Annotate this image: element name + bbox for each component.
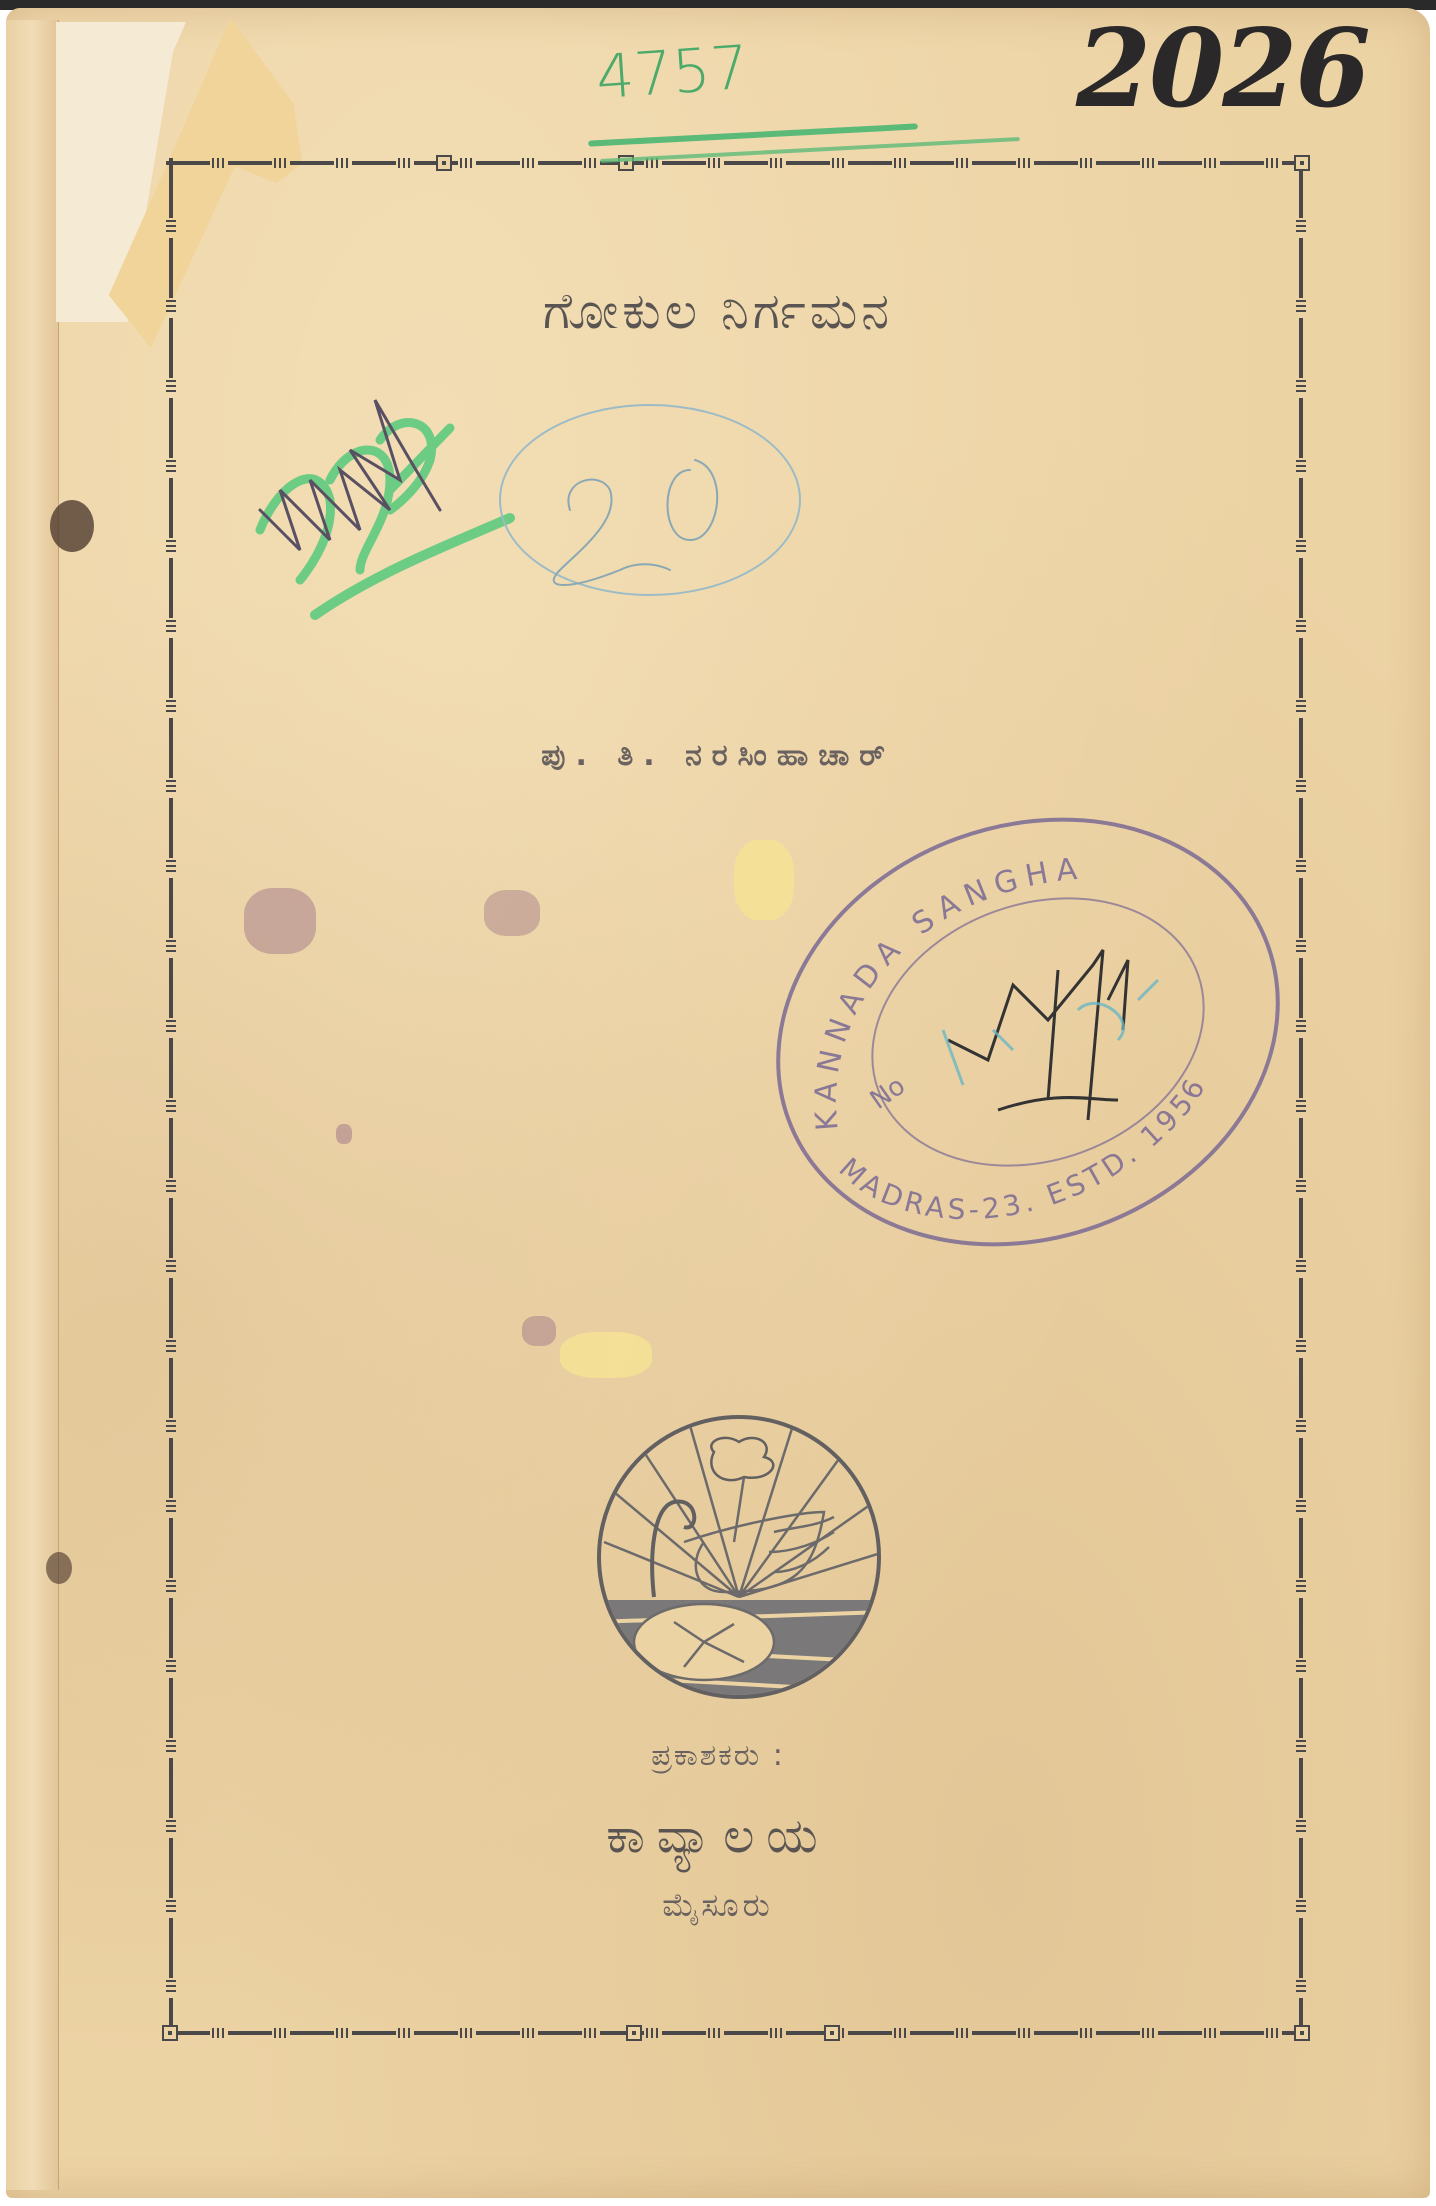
border-corner <box>162 2025 178 2041</box>
handwritten-scribble-marks <box>240 380 1060 680</box>
handwritten-black-number: 2026 <box>1076 6 1369 132</box>
svg-text:No: No <box>865 1071 911 1116</box>
publisher-logo-swan-emblem <box>594 1412 884 1702</box>
border-corner <box>1294 2025 1310 2041</box>
handwritten-green-number: 4757 <box>594 33 751 113</box>
book-title: ಗೋಕುಲ ನಿರ್ಗಮನ <box>0 282 1436 341</box>
publisher-label: ಪ್ರಕಾಶಕರು : <box>0 1738 1436 1773</box>
book-author: ಪು. ತಿ. ನರಸಿಂಹಾಚಾರ್ <box>0 738 1436 773</box>
library-stamp: KANNADA SANGHA MADRAS-23. ESTD. 1956 No <box>758 800 1298 1260</box>
border-ornament <box>824 2025 840 2041</box>
ink-stain <box>46 1552 72 1584</box>
border-ornament <box>436 155 452 171</box>
border-ornament <box>626 2025 642 2041</box>
ink-stain <box>50 500 94 552</box>
border-top <box>166 158 1306 168</box>
publisher-name: ಕಾವ್ಯಾಲಯ <box>0 1808 1436 1865</box>
publisher-city: ಮೈಸೂರು <box>0 1886 1436 1925</box>
svg-text:KANNADA SANGHA: KANNADA SANGHA <box>809 851 1087 1132</box>
border-bottom <box>166 2028 1306 2038</box>
border-corner <box>1294 155 1310 171</box>
